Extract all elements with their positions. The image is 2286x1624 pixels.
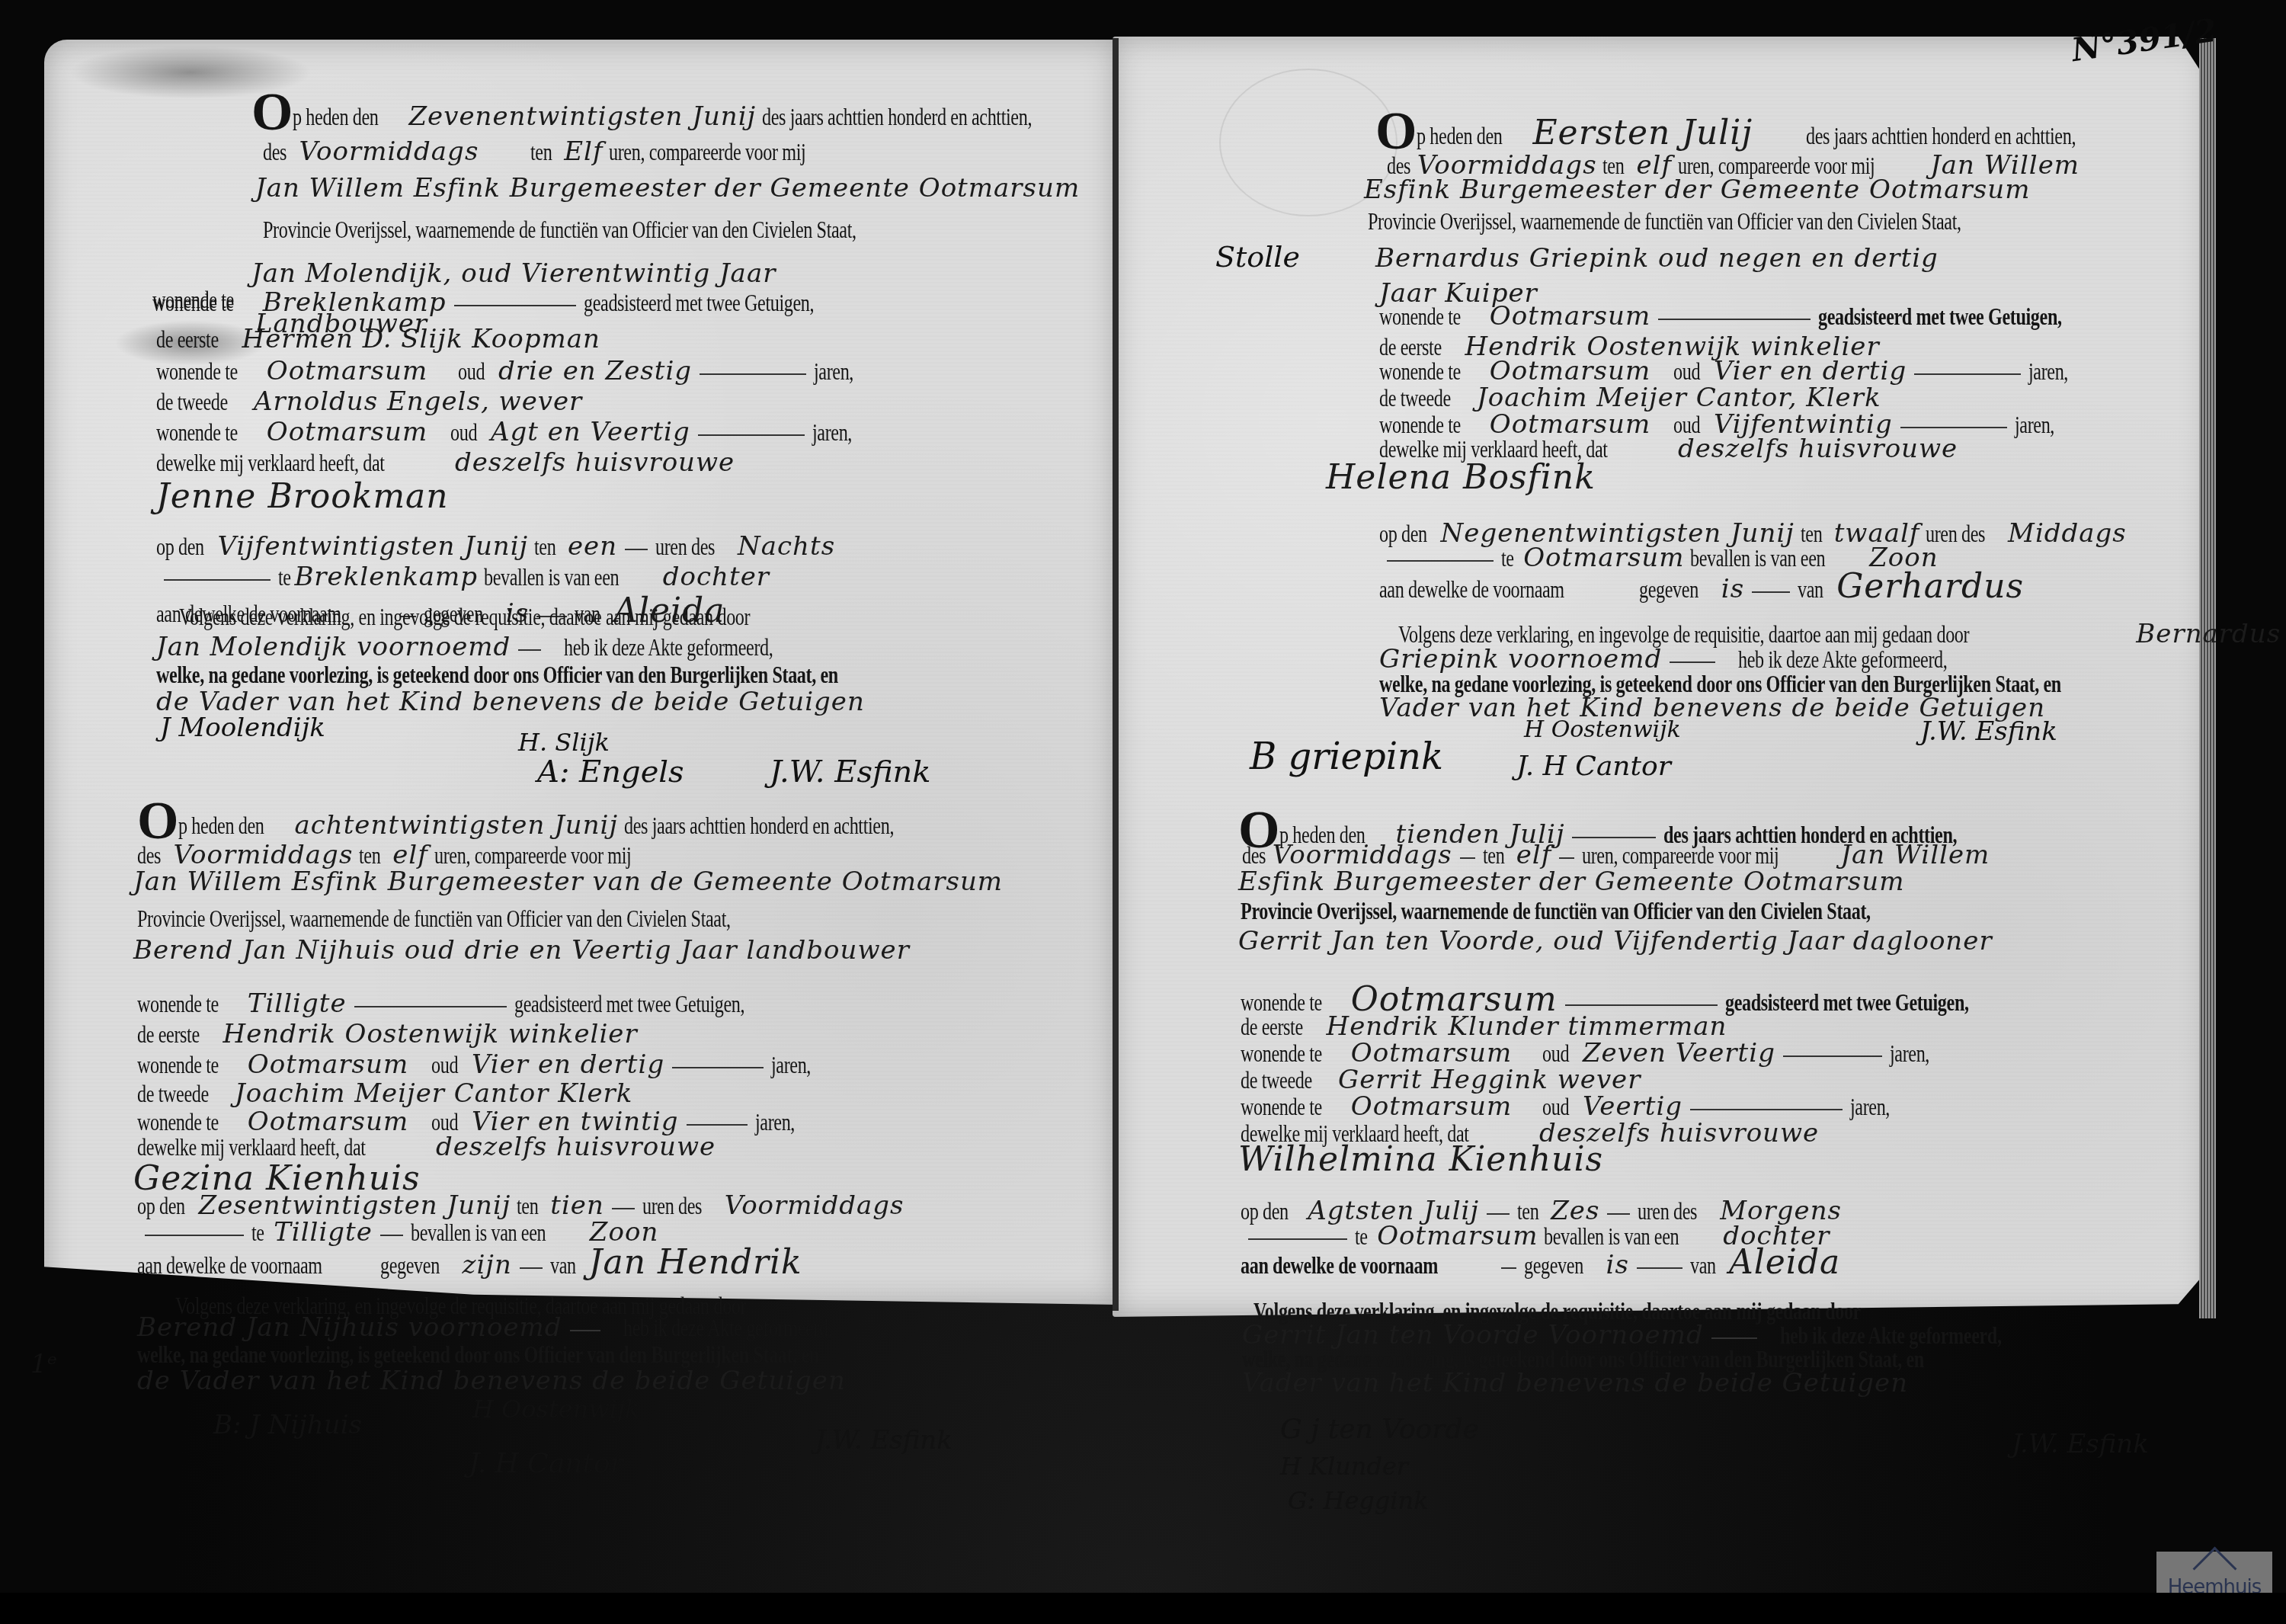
signature-father: J Moolendijk — [160, 713, 325, 743]
scan-bottom-border — [0, 1593, 2286, 1624]
declarant-name: Gerrit Jan ten Voorde, oud Vijfendertig … — [1238, 928, 1993, 954]
drop-cap: O — [251, 83, 293, 142]
mother-name: Jenne Brookman — [156, 480, 449, 514]
act-date: Zevenentwintigsten Junij — [408, 101, 756, 132]
signature-father: B: J Nijhuis — [213, 1410, 362, 1440]
margin-note-first: 1ᵉ — [30, 1349, 57, 1379]
signature-witness-1: H Oostenwijk — [1524, 716, 1681, 743]
signature-father: G j ten Voorde — [1280, 1414, 1479, 1445]
witness-1-name: Hermen D. Slijk Koopman — [242, 324, 600, 354]
signature-official: J.W. Esfink — [2012, 1429, 2149, 1459]
signature-official: J.W. Esfink — [815, 1425, 952, 1456]
signature-official: J.W. Esfink — [1920, 716, 2057, 747]
declarant-name: Jan Molendijk, oud Vierentwintig Jaar — [251, 261, 776, 287]
signature-witness-2: G: Heggink — [1288, 1486, 1429, 1515]
book-gutter — [1113, 38, 1119, 1311]
signature-witness-2: A: Engels — [537, 754, 684, 790]
declarant-name: Berend Jan Nijhuis oud drie en Veertig J… — [133, 937, 910, 963]
signature-witness-1: H Klunder — [1280, 1452, 1408, 1481]
child-name: Gerhardus — [1836, 567, 2024, 606]
signature-official: J.W. Esfink — [770, 754, 931, 790]
child-name: Jan Hendrik — [589, 1243, 802, 1282]
declarant-name: Bernardus Griepink oud negen en dertig — [1375, 245, 1939, 271]
signature-father: B griepink — [1250, 735, 1443, 778]
margin-note-stolle: Stolle — [1215, 240, 1300, 274]
child-name: Aleida — [1729, 1243, 1840, 1282]
witness-2-name: Arnoldus Engels, wever — [254, 386, 582, 417]
signature-witness-1: H Oostenwijk — [472, 1395, 639, 1424]
mother-name: Wilhelmina Kienhuis — [1238, 1143, 1603, 1177]
signature-witness-2: J. H Cantor — [469, 1448, 623, 1479]
signature-witness-2: J. H Cantor — [1516, 751, 1671, 782]
mother-name: Helena Bosfink — [1326, 461, 1596, 495]
official-name: Jan Willem Esfink Burgemeester der Gemee… — [255, 175, 1080, 201]
signature-witness-1: H. Slijk — [518, 728, 610, 757]
